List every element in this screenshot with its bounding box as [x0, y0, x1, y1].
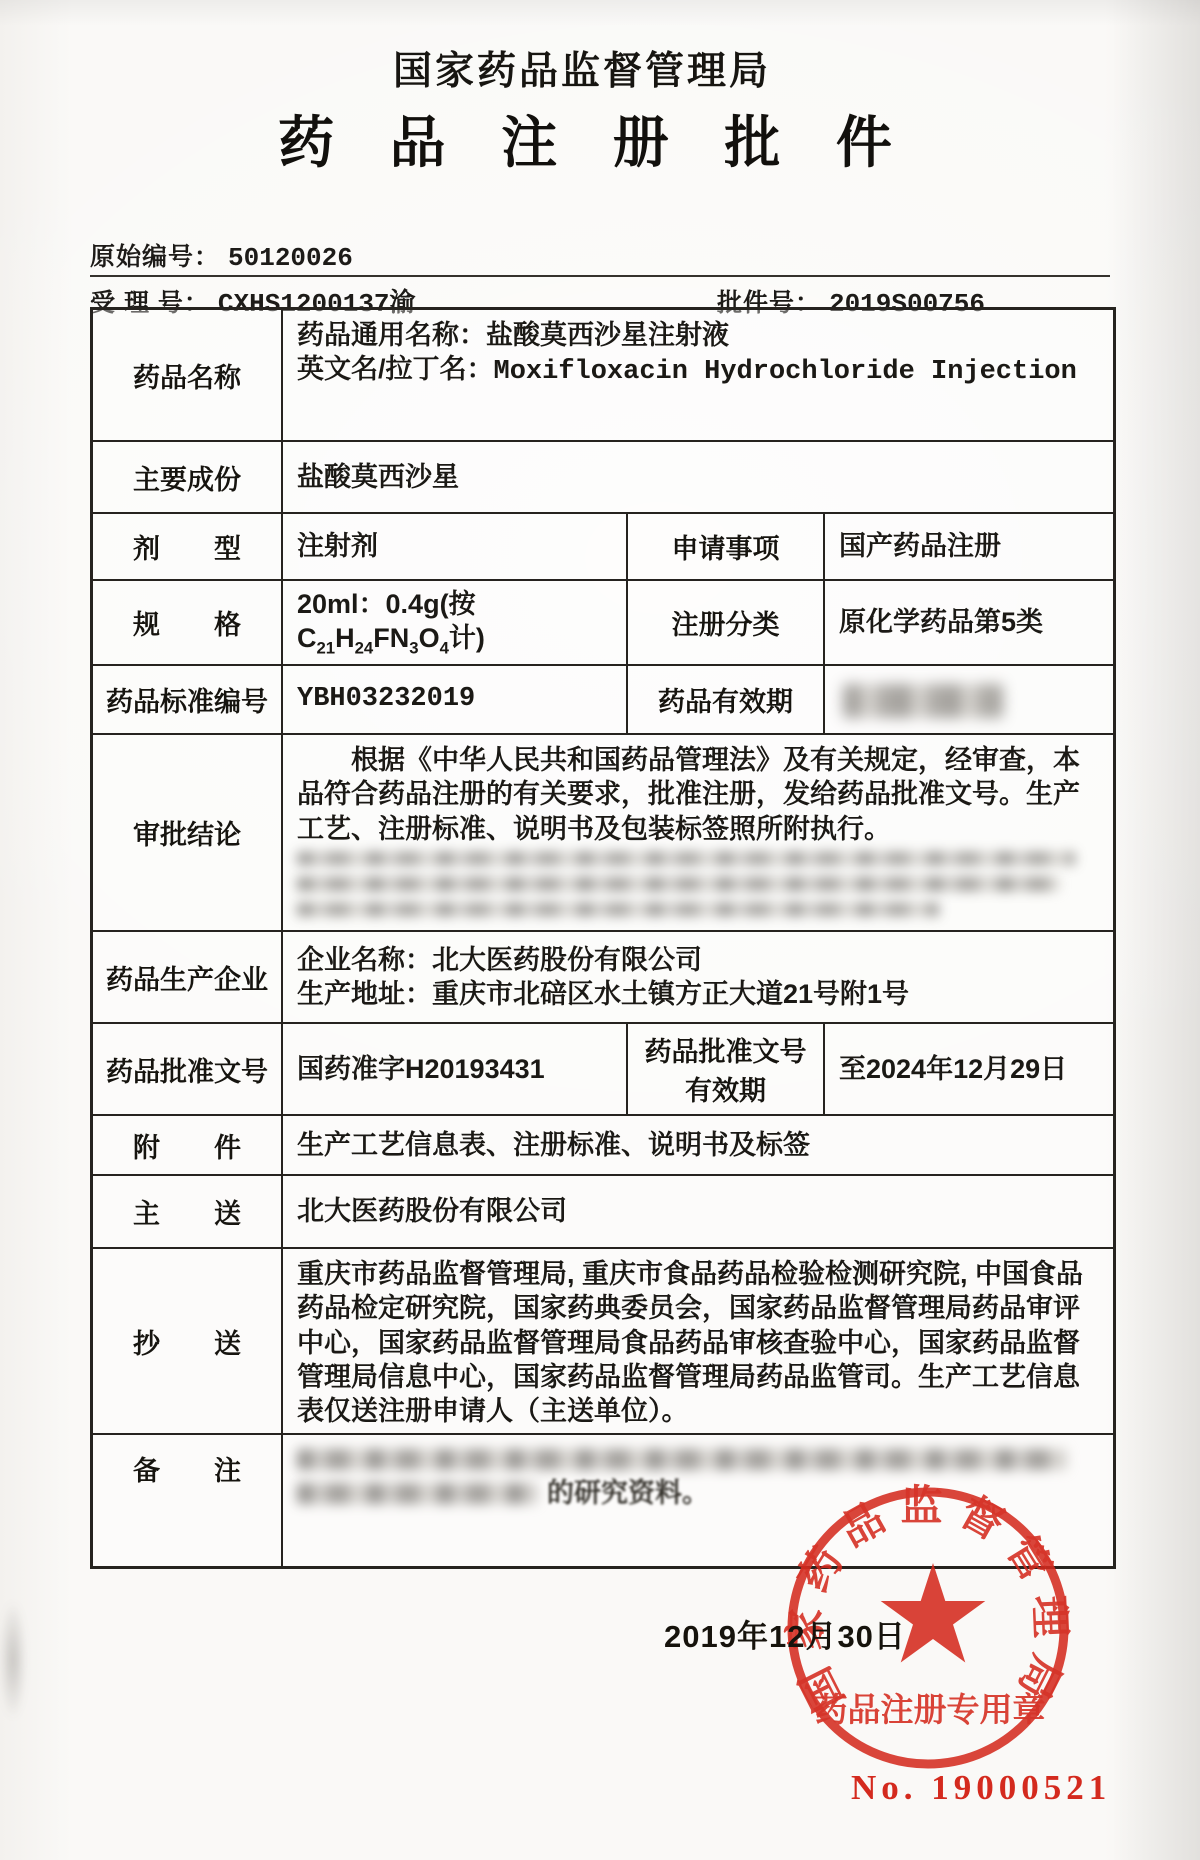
registration-class-value: 原化学药品第5类 [823, 581, 1113, 664]
standard-number-value: YBH03232019 [281, 666, 626, 733]
scan-shade-top [0, 0, 1200, 26]
blurred-text [297, 903, 939, 916]
approval-license-validity-value: 至2024年12月29日 [823, 1024, 1113, 1114]
conclusion-cell: 根据《中华人民共和国药品管理法》及有关规定，经审查，本品符合药品注册的有关要求，… [281, 735, 1113, 930]
address-line: 生产地址：重庆市北碚区水土镇方正大道21号附1号 [297, 977, 1099, 1011]
english-name-line: 英文名/拉丁名：Moxifloxacin Hydrochloride Injec… [297, 352, 1099, 389]
drug-validity-label: 药品有效期 [626, 666, 823, 733]
scan-smudge [0, 1600, 26, 1720]
scan-shade-right [1110, 0, 1200, 1860]
seal-serial-number: No. 19000521 [851, 1768, 1111, 1808]
manufacturer-cell: 企业名称：北大医药股份有限公司 生产地址：重庆市北碚区水土镇方正大道21号附1号 [281, 932, 1113, 1022]
remark-label: 备 注 [93, 1435, 281, 1566]
main-send-value: 北大医药股份有限公司 [281, 1176, 1113, 1247]
table-row: 剂 型 注射剂 申请事项 国产药品注册 [93, 512, 1113, 579]
ingredient-value: 盐酸莫西沙星 [281, 442, 1113, 512]
conclusion-text: 根据《中华人民共和国药品管理法》及有关规定，经审查，本品符合药品注册的有关要求，… [297, 743, 1099, 846]
generic-name-line: 药品通用名称：盐酸莫西沙星注射液 [297, 318, 1099, 352]
cc-value: 重庆市药品监督管理局, 重庆市食品药品检验检测研究院, 中国食品药品检定研究院，… [281, 1249, 1113, 1433]
standard-number-label: 药品标准编号 [93, 666, 281, 733]
drug-name-label: 药品名称 [93, 310, 281, 440]
table-row: 药品名称 药品通用名称：盐酸莫西沙星注射液 英文名/拉丁名：Moxifloxac… [93, 310, 1113, 440]
table-row: 药品标准编号 YBH03232019 药品有效期 [93, 664, 1113, 733]
application-item-label: 申请事项 [626, 514, 823, 579]
table-row: 药品生产企业 企业名称：北大医药股份有限公司 生产地址：重庆市北碚区水土镇方正大… [93, 930, 1113, 1022]
blurred-text [297, 1483, 537, 1504]
approval-license-label: 药品批准文号 [93, 1024, 281, 1114]
attachment-label: 附 件 [93, 1116, 281, 1174]
document-title: 药 品 注 册 批 件 [0, 99, 1190, 179]
seal-inner-text: 药品注册专用章 [815, 1691, 1046, 1728]
manufacturer-label: 药品生产企业 [93, 932, 281, 1022]
attachment-value: 生产工艺信息表、注册标准、说明书及标签 [281, 1116, 1113, 1174]
conclusion-label: 审批结论 [93, 735, 281, 930]
table-row: 审批结论 根据《中华人民共和国药品管理法》及有关规定，经审查，本品符合药品注册的… [93, 733, 1113, 930]
blurred-text [297, 877, 1059, 890]
dosage-form-value: 注射剂 [281, 514, 626, 579]
main-send-label: 主 送 [93, 1176, 281, 1247]
blurred-text [843, 684, 1003, 718]
drug-validity-value-blurred [823, 666, 1113, 733]
original-number-line: 原始编号： 50120026 [90, 237, 1110, 277]
cc-label: 抄 送 [93, 1249, 281, 1433]
approval-license-value: 国药准字H20193431 [281, 1024, 626, 1114]
specification-label: 规 格 [93, 581, 281, 664]
agency-title: 国家药品监督管理局 [0, 40, 1164, 96]
original-number-label: 原始编号： [90, 237, 220, 273]
approval-document: 国家药品监督管理局 药 品 注 册 批 件 原始编号： 50120026 受 理… [0, 0, 1200, 1860]
blurred-text [297, 852, 1075, 865]
registration-table: 药品名称 药品通用名称：盐酸莫西沙星注射液 英文名/拉丁名：Moxifloxac… [90, 307, 1116, 1569]
table-row: 规 格 20ml：0.4g(按C21H24FN3O4计) 注册分类 原化学药品第… [93, 579, 1113, 664]
table-row: 主要成份 盐酸莫西沙星 [93, 440, 1113, 512]
table-row: 附 件 生产工艺信息表、注册标准、说明书及标签 [93, 1114, 1113, 1174]
drug-name-cell: 药品通用名称：盐酸莫西沙星注射液 英文名/拉丁名：Moxifloxacin Hy… [281, 310, 1113, 440]
remark-visible-fragment: 的研究资料。 [547, 1476, 709, 1510]
dosage-form-label: 剂 型 [93, 514, 281, 579]
ingredient-label: 主要成份 [93, 442, 281, 512]
company-name-line: 企业名称：北大医药股份有限公司 [297, 943, 1099, 977]
specification-value: 20ml：0.4g(按C21H24FN3O4计) [281, 581, 626, 664]
table-row: 主 送 北大医药股份有限公司 [93, 1174, 1113, 1247]
approval-license-validity-label: 药品批准文号有效期 [626, 1024, 823, 1114]
seal-date: 2019年12月30日 [664, 1611, 906, 1656]
application-item-value: 国产药品注册 [823, 514, 1113, 579]
table-row: 抄 送 重庆市药品监督管理局, 重庆市食品药品检验检测研究院, 中国食品药品检定… [93, 1247, 1113, 1433]
table-row: 药品批准文号 国药准字H20193431 药品批准文号有效期 至2024年12月… [93, 1022, 1113, 1114]
registration-class-label: 注册分类 [626, 581, 823, 664]
english-name-value: Moxifloxacin Hydrochloride Injection [494, 357, 1077, 387]
original-number-value: 50120026 [228, 243, 353, 273]
